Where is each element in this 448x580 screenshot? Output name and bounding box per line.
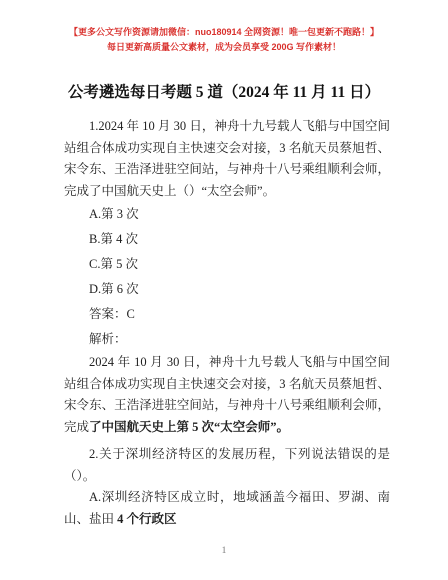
question-1-option-d: D.第 6 次 xyxy=(64,277,390,302)
option-a-text-normal: A.深圳经济特区成立时，地域涵盖今福田、罗湖、南山、盐田 xyxy=(64,490,390,526)
question-1-analysis-label: 解析： xyxy=(64,327,390,352)
question-1-answer: 答案：C xyxy=(64,302,390,327)
page-title: 公考遴选每日考题 5 道（2024 年 11 月 11 日） xyxy=(30,82,418,104)
document-page: 【更多公文写作资源请加微信：nuo180914 全网资源！唯一包更新不跑路！】 … xyxy=(0,0,448,580)
document-body: 1.2024 年 10 月 30 日，神舟十九号载人飞船与中国空间站组合体成功实… xyxy=(64,116,390,530)
option-a-text-bold: 4 个行政区 xyxy=(117,512,176,526)
question-1-option-a: A.第 3 次 xyxy=(64,202,390,227)
question-1-stem: 1.2024 年 10 月 30 日，神舟十九号载人飞船与中国空间站组合体成功实… xyxy=(64,116,390,202)
question-2-stem: 2.关于深圳经济特区的发展历程，下列说法错误的是（）。 xyxy=(64,444,390,487)
page-number: 1 xyxy=(0,546,448,556)
analysis-text-bold: 了中国航天史上第 5 次“太空会师”。 xyxy=(89,420,289,434)
question-1-analysis: 2024 年 10 月 30 日，神舟十九号载人飞船与中国空间站组合体成功实现自… xyxy=(64,352,390,438)
promo-banner-line1: 【更多公文写作资源请加微信：nuo180914 全网资源！唯一包更新不跑路！】 xyxy=(0,25,448,40)
question-2-option-a: A.深圳经济特区成立时，地域涵盖今福田、罗湖、南山、盐田 4 个行政区 xyxy=(64,487,390,530)
question-1-option-c: C.第 5 次 xyxy=(64,252,390,277)
promo-banner-line2: 每日更新高质量公文素材，成为会员享受 200G 写作素材！ xyxy=(0,40,448,55)
promo-banner: 【更多公文写作资源请加微信：nuo180914 全网资源！唯一包更新不跑路！】 … xyxy=(0,0,448,55)
question-1-option-b: B.第 4 次 xyxy=(64,227,390,252)
